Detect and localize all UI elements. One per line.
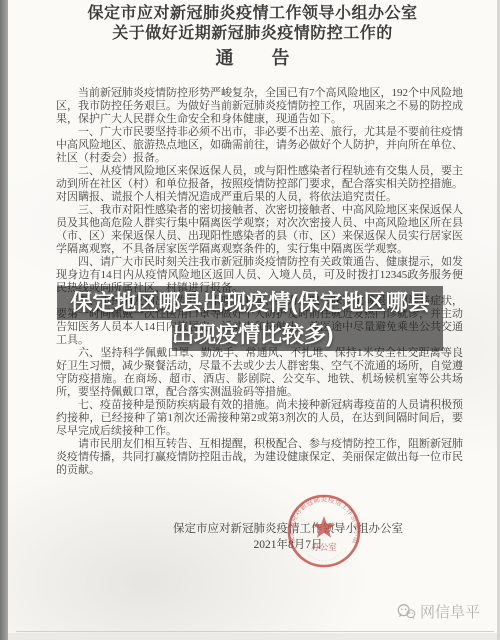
signature-org: 保定市应对新冠肺炎疫情工作领导小组办公室: [118, 521, 458, 537]
document-paragraph: 七、疫苗接种是预防疾病最有效的措施。尚未接种新冠病毒疫苗的人员请积极预约接种，已…: [56, 399, 463, 438]
page-bottom-rule: [16, 631, 494, 632]
overlay-title-banner: 保定地区哪县出现疫情(保定地区哪县 出现疫情比较多): [57, 286, 443, 351]
document-paragraph: 二、从疫情风险地区来保返保人员，或与阳性感染者行程轨迹有交集人员，要主动到所在社…: [56, 165, 463, 204]
title-line-2: 关于做好近期新冠肺炎疫情防控工作的: [8, 24, 497, 43]
signature-date: 2021年8月7日: [118, 537, 458, 553]
title-line-1: 保定市应对新冠肺炎疫情工作领导小组办公室: [8, 4, 497, 23]
document-paragraph: 当前新冠肺炎疫情防控形势严峻复杂，全国已有7个高风险地区，192个中风险地区，我…: [56, 87, 463, 126]
title-line-3: 通 告: [8, 47, 497, 69]
scan-left-edge: [0, 0, 8, 640]
document-body: 当前新冠肺炎疫情防控形势严峻复杂，全国已有7个高风险地区，192个中风险地区，我…: [56, 87, 463, 477]
overlay-title-line-1: 保定地区哪县出现疫情(保定地区哪县: [57, 286, 443, 320]
watermark: 网信阜平: [396, 601, 480, 622]
document-paragraph: 六、坚持科学佩戴口罩、勤洗手、常通风、不扎堆、保持1米安全社交距离等良好卫生习惯…: [56, 347, 463, 399]
signature-block: 保定市应对新冠肺炎疫情工作领导小组办公室 2021年8月7日: [118, 521, 458, 553]
overlay-title-line-2: 出现疫情比较多): [172, 320, 443, 351]
document-title: 保定市应对新冠肺炎疫情工作领导小组办公室 关于做好近期新冠肺炎疫情防控工作的 通…: [8, 4, 497, 69]
document-paragraph: 一、广大市民要坚持非必须不出市，非必要不出差、旅行，尤其是不要前往疫情中高风险地…: [56, 126, 463, 165]
chat-bubbles-icon: [396, 603, 416, 620]
document-paragraph: 三、我市对阳性感染者的密切接触者、次密切接触者、中高风险地区来保返保人员及其他高…: [56, 204, 463, 256]
watermark-label: 网信阜平: [420, 601, 480, 622]
document-paragraph: 请市民朋友们相互转告、互相提醒，积极配合、参与疫情防控工作，阻断新冠肺炎疫情传播…: [56, 438, 463, 477]
